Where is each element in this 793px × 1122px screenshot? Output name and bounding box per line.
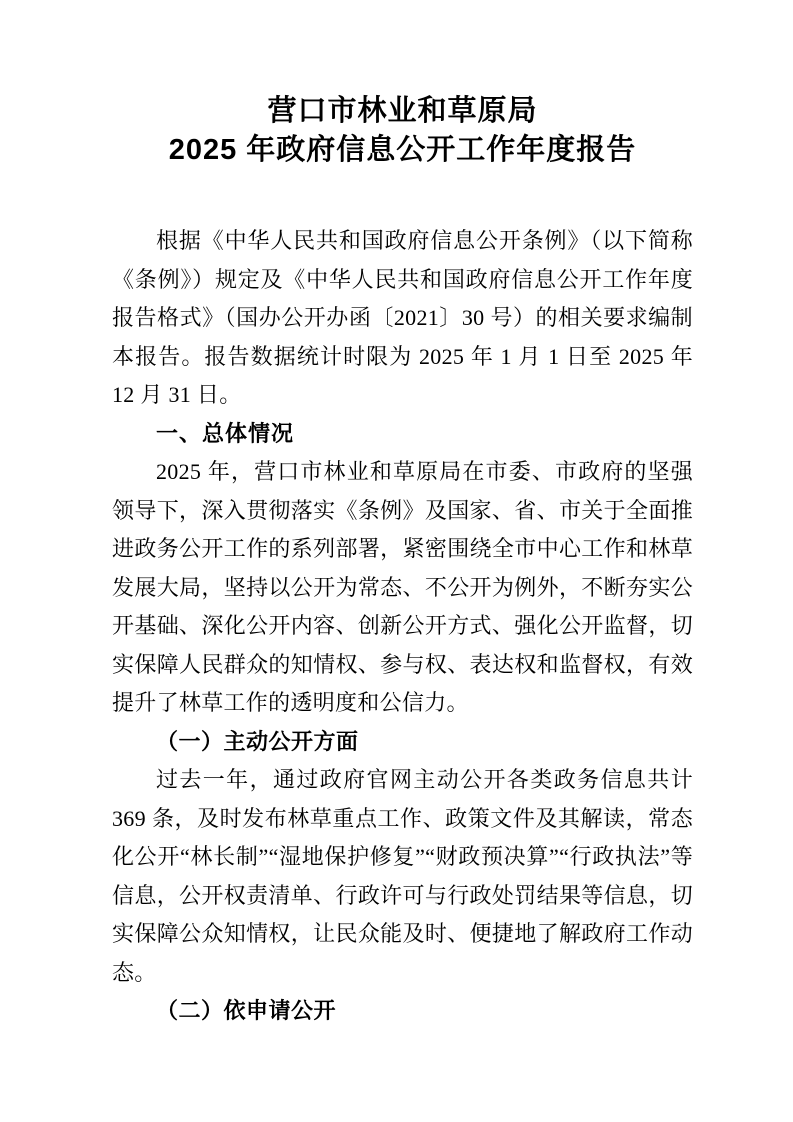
- report-title-line-1: 营口市林业和草原局: [112, 92, 693, 131]
- proactive-disclosure-paragraph: 过去一年，通过政府官网主动公开各类政务信息共计 369 条，及时发布林草重点工作…: [112, 761, 693, 992]
- overall-situation-paragraph: 2025 年，营口市林业和草原局在市委、市政府的坚强领导下，深入贯彻落实《条例》…: [112, 453, 693, 723]
- document-page: 营口市林业和草原局 2025 年政府信息公开工作年度报告 根据《中华人民共和国政…: [0, 0, 793, 1122]
- intro-paragraph: 根据《中华人民共和国政府信息公开条例》（以下简称《条例》）规定及《中华人民共和国…: [112, 222, 693, 415]
- report-title-line-2: 2025 年政府信息公开工作年度报告: [112, 131, 693, 170]
- report-document: 营口市林业和草原局 2025 年政府信息公开工作年度报告 根据《中华人民共和国政…: [112, 92, 693, 1031]
- section-heading-overall-situation: 一、总体情况: [112, 415, 693, 454]
- subsection-heading-disclosure-upon-request: （二）依申请公开: [112, 992, 693, 1031]
- report-title: 营口市林业和草原局 2025 年政府信息公开工作年度报告: [112, 92, 693, 170]
- subsection-heading-proactive-disclosure: （一）主动公开方面: [112, 723, 693, 762]
